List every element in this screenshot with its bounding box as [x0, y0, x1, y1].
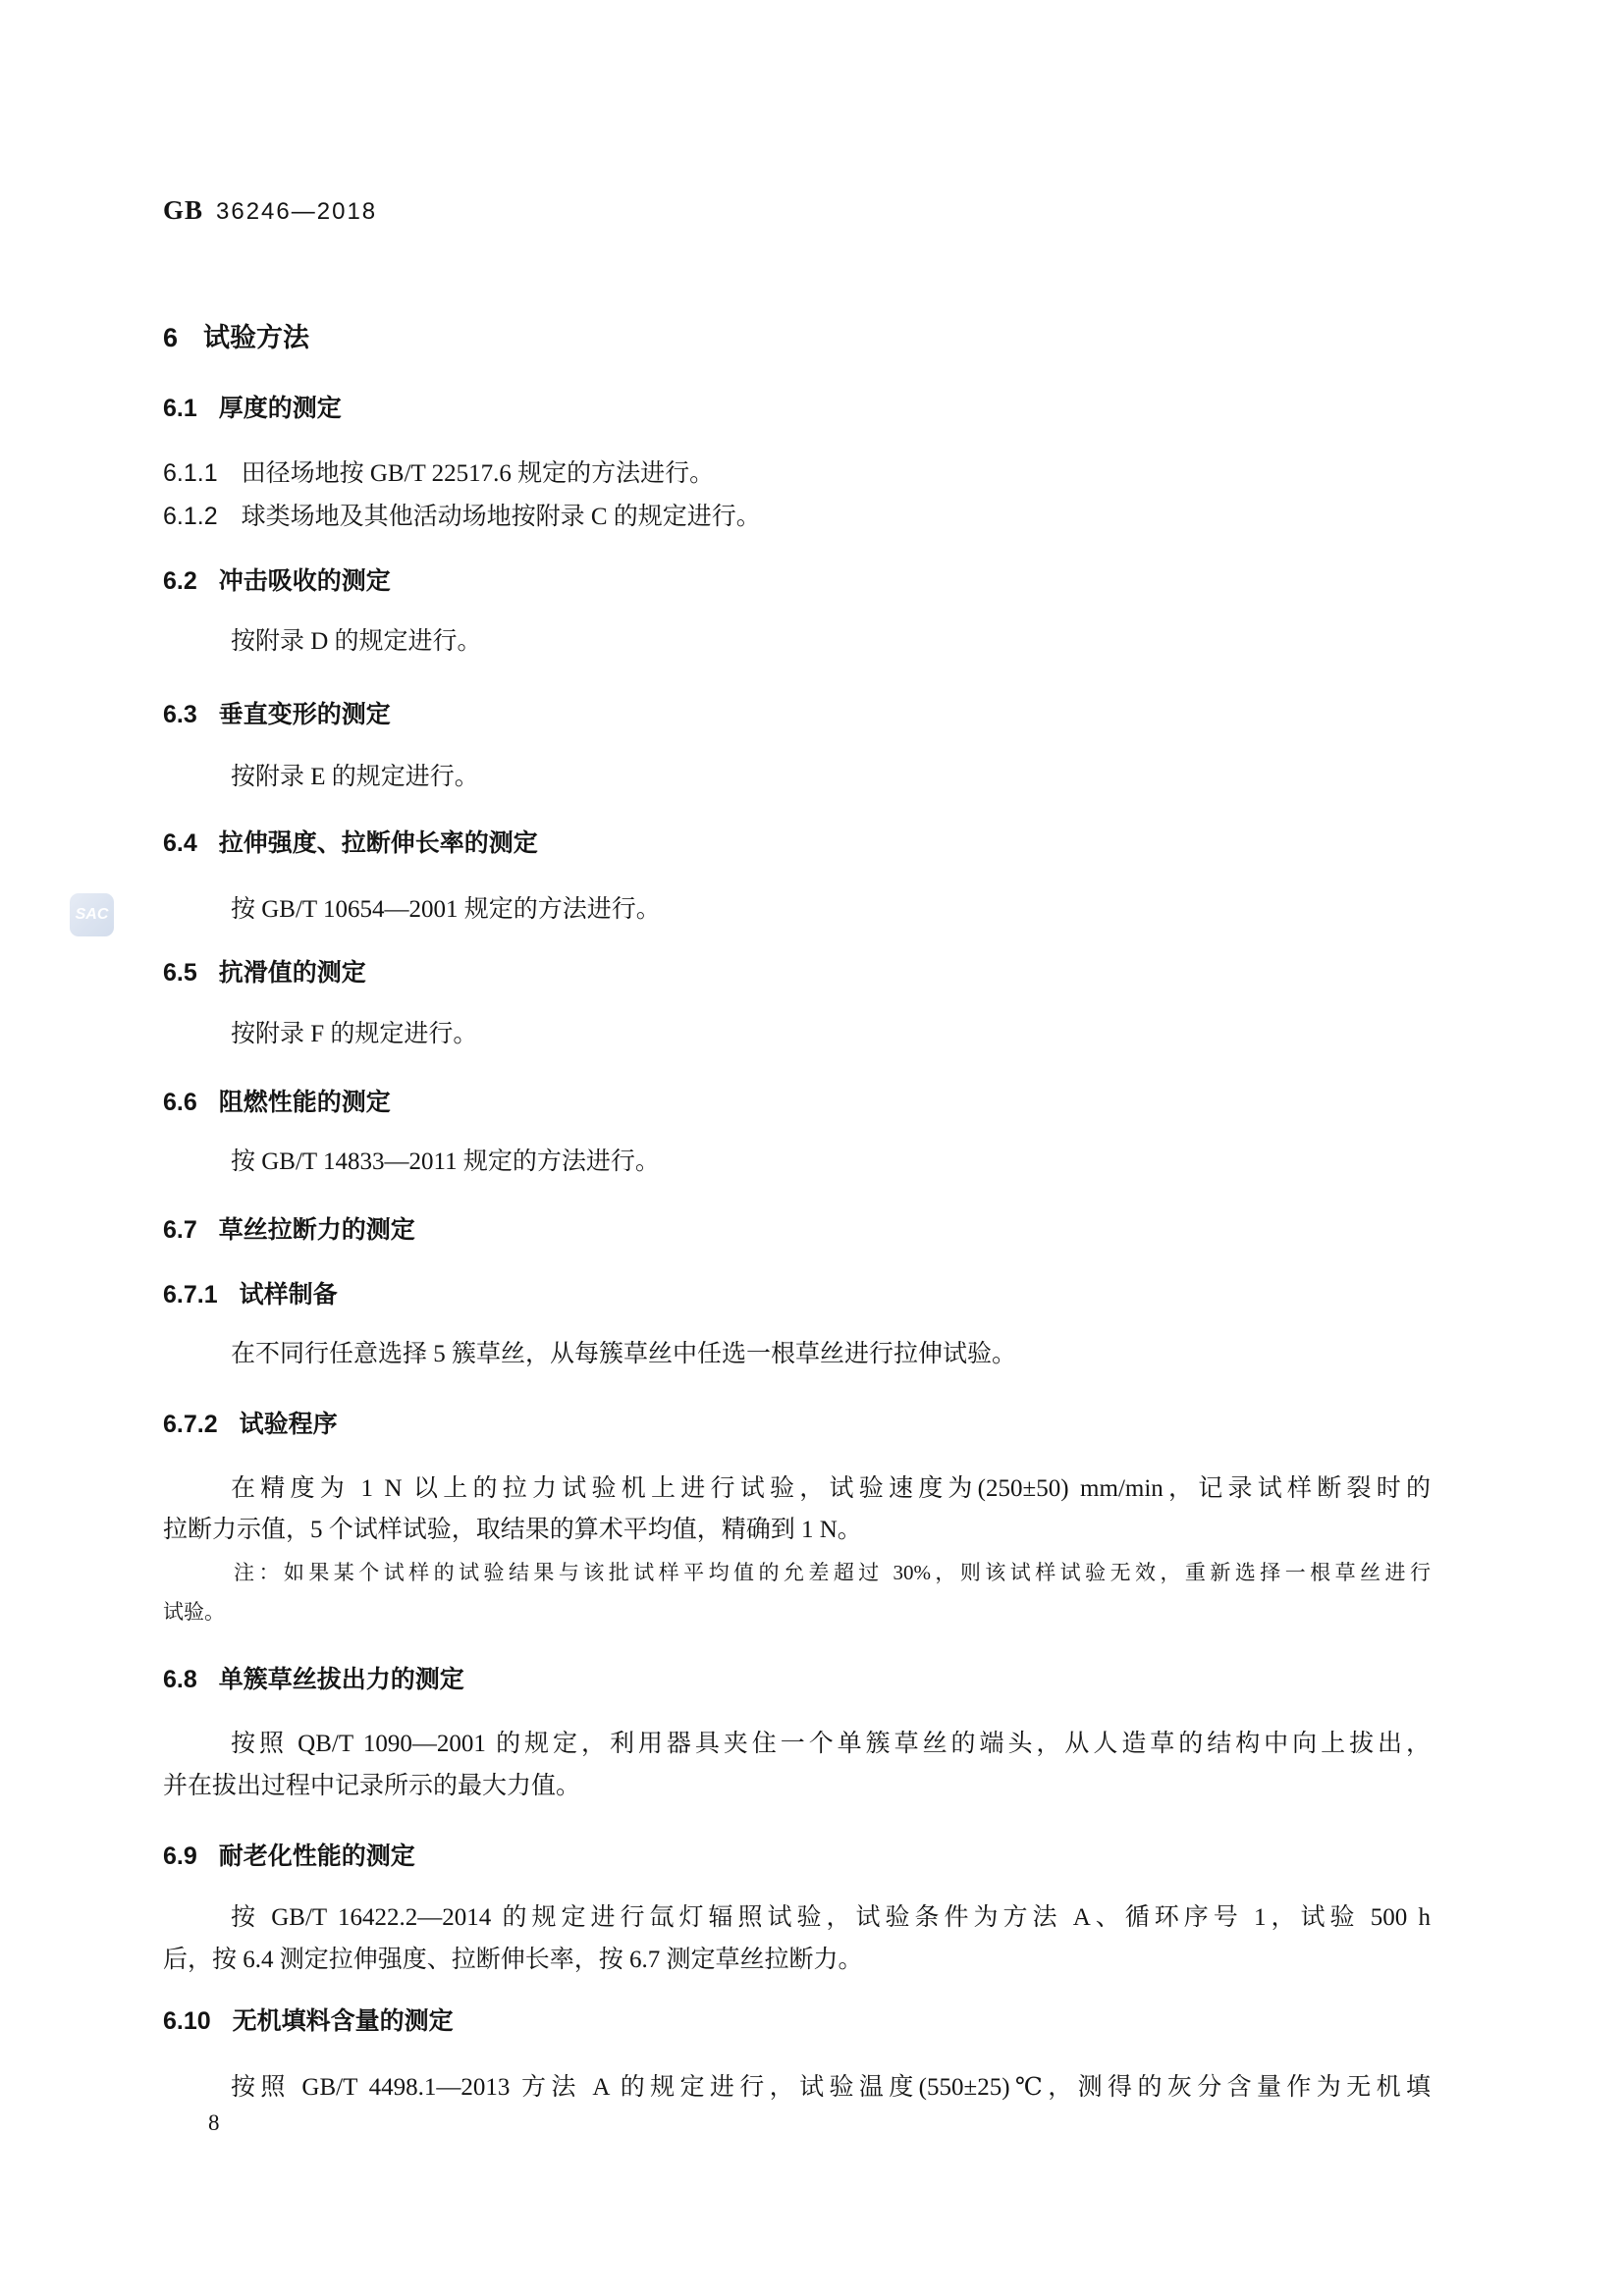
paragraph-6-2: 按附录 D 的规定进行。: [231, 621, 482, 657]
section-number: 6.8: [163, 1666, 197, 1693]
paragraph-6-9-line-2: 后，按 6.4 测定拉伸强度、拉断伸长率，按 6.7 测定草丝拉断力。: [163, 1940, 863, 1975]
clause-6-1-2: 6.1.2球类场地及其他活动场地按附录 C 的规定进行。: [163, 497, 761, 532]
clause-text: 田径场地按 GB/T 22517.6 规定的方法进行。: [242, 460, 715, 487]
section-heading-6-1: 6.1厚度的测定: [163, 389, 342, 424]
subsection-number: 6.7.2: [163, 1411, 218, 1438]
clause-number: 6.1.2: [163, 503, 218, 530]
paragraph-6-9-line-1: 按 GB/T 16422.2—2014 的规定进行氙灯辐照试验，试验条件为方法 …: [231, 1897, 1431, 1933]
section-heading-6-2: 6.2冲击吸收的测定: [163, 561, 391, 597]
section-number: 6.4: [163, 829, 197, 857]
section-title: 垂直变形的测定: [219, 701, 391, 728]
section-title: 厚度的测定: [219, 395, 342, 422]
paragraph-6-4: 按 GB/T 10654—2001 规定的方法进行。: [231, 889, 661, 925]
section-title: 耐老化性能的测定: [219, 1842, 415, 1870]
document-header: GB36246—2018: [163, 195, 377, 226]
section-heading-6-6: 6.6阻燃性能的测定: [163, 1083, 391, 1118]
section-heading-6-10: 6.10无机填料含量的测定: [163, 2002, 454, 2037]
paragraph-6-7-2-line-2: 拉断力示值，5 个试样试验，取结果的算术平均值，精确到 1 N。: [163, 1510, 862, 1545]
sac-watermark-text: SAC: [76, 906, 109, 924]
section-title: 冲击吸收的测定: [219, 567, 391, 595]
section-number: 6.2: [163, 567, 197, 595]
subsection-number: 6.7.1: [163, 1281, 218, 1308]
chapter-title: 试验方法: [203, 323, 309, 352]
page-number: 8: [208, 2110, 220, 2136]
clause-6-1-1: 6.1.1田径场地按 GB/T 22517.6 规定的方法进行。: [163, 454, 714, 489]
section-title: 抗滑值的测定: [219, 959, 366, 987]
clause-text: 球类场地及其他活动场地按附录 C 的规定进行。: [242, 504, 761, 530]
chapter-heading-6: 6试验方法: [163, 316, 309, 354]
note-line-1: 注：如果某个试样的试验结果与该批试样平均值的允差超过 30%，则该试样试验无效，…: [234, 1557, 1431, 1586]
section-number: 6.9: [163, 1842, 197, 1870]
sac-watermark-logo: SAC: [70, 893, 114, 936]
section-heading-6-3: 6.3垂直变形的测定: [163, 695, 391, 730]
section-title: 拉伸强度、拉断伸长率的测定: [219, 829, 538, 857]
paragraph-6-7-1: 在不同行任意选择 5 簇草丝，从每簇草丝中任选一根草丝进行拉伸试验。: [231, 1334, 1016, 1369]
standard-code: GB: [163, 195, 203, 225]
paragraph-6-7-2-line-1: 在精度为 1 N 以上的拉力试验机上进行试验，试验速度为(250±50) mm/…: [231, 1468, 1431, 1504]
section-heading-6-5: 6.5抗滑值的测定: [163, 953, 366, 988]
section-number: 6.1: [163, 395, 197, 422]
subsection-heading-6-7-2: 6.7.2试验程序: [163, 1405, 338, 1440]
clause-number: 6.1.1: [163, 459, 218, 487]
subsection-title: 试验程序: [240, 1411, 338, 1438]
paragraph-6-8-line-1: 按照 QB/T 1090—2001 的规定，利用器具夹住一个单簇草丝的端头，从人…: [231, 1724, 1431, 1759]
subsection-heading-6-7-1: 6.7.1试样制备: [163, 1275, 338, 1310]
paragraph-6-6: 按 GB/T 14833—2011 规定的方法进行。: [231, 1142, 660, 1177]
section-heading-6-7: 6.7草丝拉断力的测定: [163, 1210, 415, 1246]
standard-number: 36246—2018: [216, 198, 377, 225]
section-number: 6.10: [163, 2007, 211, 2035]
section-title: 阻燃性能的测定: [219, 1089, 391, 1116]
section-number: 6.5: [163, 959, 197, 987]
paragraph-6-5: 按附录 F 的规定进行。: [231, 1014, 477, 1049]
section-heading-6-4: 6.4拉伸强度、拉断伸长率的测定: [163, 824, 538, 859]
subsection-title: 试样制备: [240, 1281, 338, 1308]
document-page: GB36246—2018 SAC 6试验方法 6.1厚度的测定 6.1.1田径场…: [0, 0, 1624, 2296]
paragraph-6-10-line-1: 按照 GB/T 4498.1—2013 方法 A 的规定进行，试验温度(550±…: [231, 2067, 1431, 2103]
section-number: 6.7: [163, 1216, 197, 1244]
section-heading-6-9: 6.9耐老化性能的测定: [163, 1837, 415, 1872]
paragraph-6-8-line-2: 并在拔出过程中记录所示的最大力值。: [163, 1766, 580, 1801]
section-number: 6.6: [163, 1089, 197, 1116]
paragraph-6-3: 按附录 E 的规定进行。: [231, 757, 479, 792]
section-title: 草丝拉断力的测定: [219, 1216, 415, 1244]
section-heading-6-8: 6.8单簇草丝拔出力的测定: [163, 1660, 464, 1695]
section-title: 单簇草丝拔出力的测定: [219, 1666, 464, 1693]
note-line-2: 试验。: [163, 1596, 225, 1626]
section-number: 6.3: [163, 701, 197, 728]
section-title: 无机填料含量的测定: [233, 2007, 454, 2035]
chapter-number: 6: [163, 323, 178, 352]
